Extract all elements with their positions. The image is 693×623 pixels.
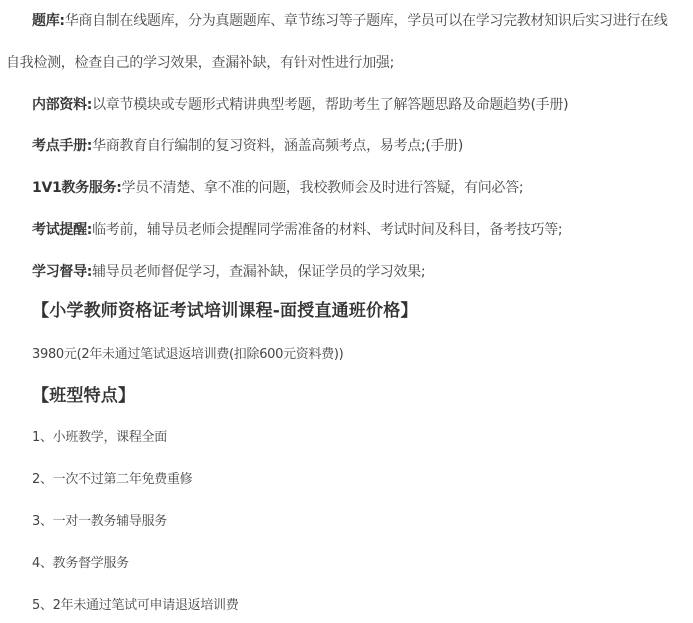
service-item-exam-handbook: 考点手册:华商教育自行编制的复习资料，涵盖高频考点，易考点;(手册) — [32, 137, 463, 155]
service-label: 内部资料: — [32, 97, 92, 113]
feature-item: 3、一对一教务辅导服务 — [32, 513, 167, 531]
service-item-exam-reminder: 考试提醒:临考前，辅导员老师会提醒同学需准备的材料、考试时间及科目，备考技巧等; — [32, 221, 562, 239]
feature-item: 5、2年未通过笔试可申请退返培训费 — [32, 597, 238, 615]
feature-item: 2、一次不过第二年免费重修 — [32, 471, 192, 489]
service-item-question-bank: 题库:华商自制在线题库，分为真题题库、章节练习等子题库，学员可以在学习完教材知识… — [32, 12, 668, 30]
service-text: 临考前，辅导员老师会提醒同学需准备的材料、考试时间及科目，备考技巧等; — [92, 222, 562, 238]
price-text: 3980元(2年未通过笔试退返培训费(扣除600元资料费)) — [32, 346, 343, 364]
service-label: 题库: — [32, 13, 65, 29]
service-text-continuation: 自我检测，检查自己的学习效果，查漏补缺，有针对性进行加强; — [6, 55, 394, 71]
features-section-heading: 【班型特点】 — [32, 385, 135, 407]
service-text: 华商自制在线题库，分为真题题库、章节练习等子题库，学员可以在学习完教材知识后实习… — [65, 13, 668, 29]
service-label: 1V1教务服务: — [32, 180, 122, 196]
service-label: 学习督导: — [32, 264, 92, 280]
service-text: 以章节模块或专题形式精讲典型考题，帮助考生了解答题思路及命题趋势(手册) — [92, 97, 568, 113]
service-item-question-bank-continuation: 自我检测，检查自己的学习效果，查漏补缺，有针对性进行加强; — [6, 54, 394, 72]
service-text: 学员不清楚、拿不准的问题，我校教师会及时进行答疑，有问必答; — [122, 180, 524, 196]
service-item-internal-materials: 内部资料:以章节模块或专题形式精讲典型考题，帮助考生了解答题思路及命题趋势(手册… — [32, 96, 568, 114]
feature-item: 1、小班教学，课程全面 — [32, 429, 167, 447]
service-text: 辅导员老师督促学习，查漏补缺，保证学员的学习效果; — [92, 264, 425, 280]
service-item-study-supervision: 学习督导:辅导员老师督促学习，查漏补缺，保证学员的学习效果; — [32, 263, 425, 281]
service-label: 考点手册: — [32, 138, 92, 154]
price-section-heading: 【小学教师资格证考试培训课程-面授直通班价格】 — [32, 300, 418, 322]
service-item-1v1-service: 1V1教务服务:学员不清楚、拿不准的问题，我校教师会及时进行答疑，有问必答; — [32, 179, 523, 197]
feature-item: 4、教务督学服务 — [32, 555, 129, 573]
service-text: 华商教育自行编制的复习资料，涵盖高频考点，易考点;(手册) — [92, 138, 463, 154]
service-label: 考试提醒: — [32, 222, 92, 238]
